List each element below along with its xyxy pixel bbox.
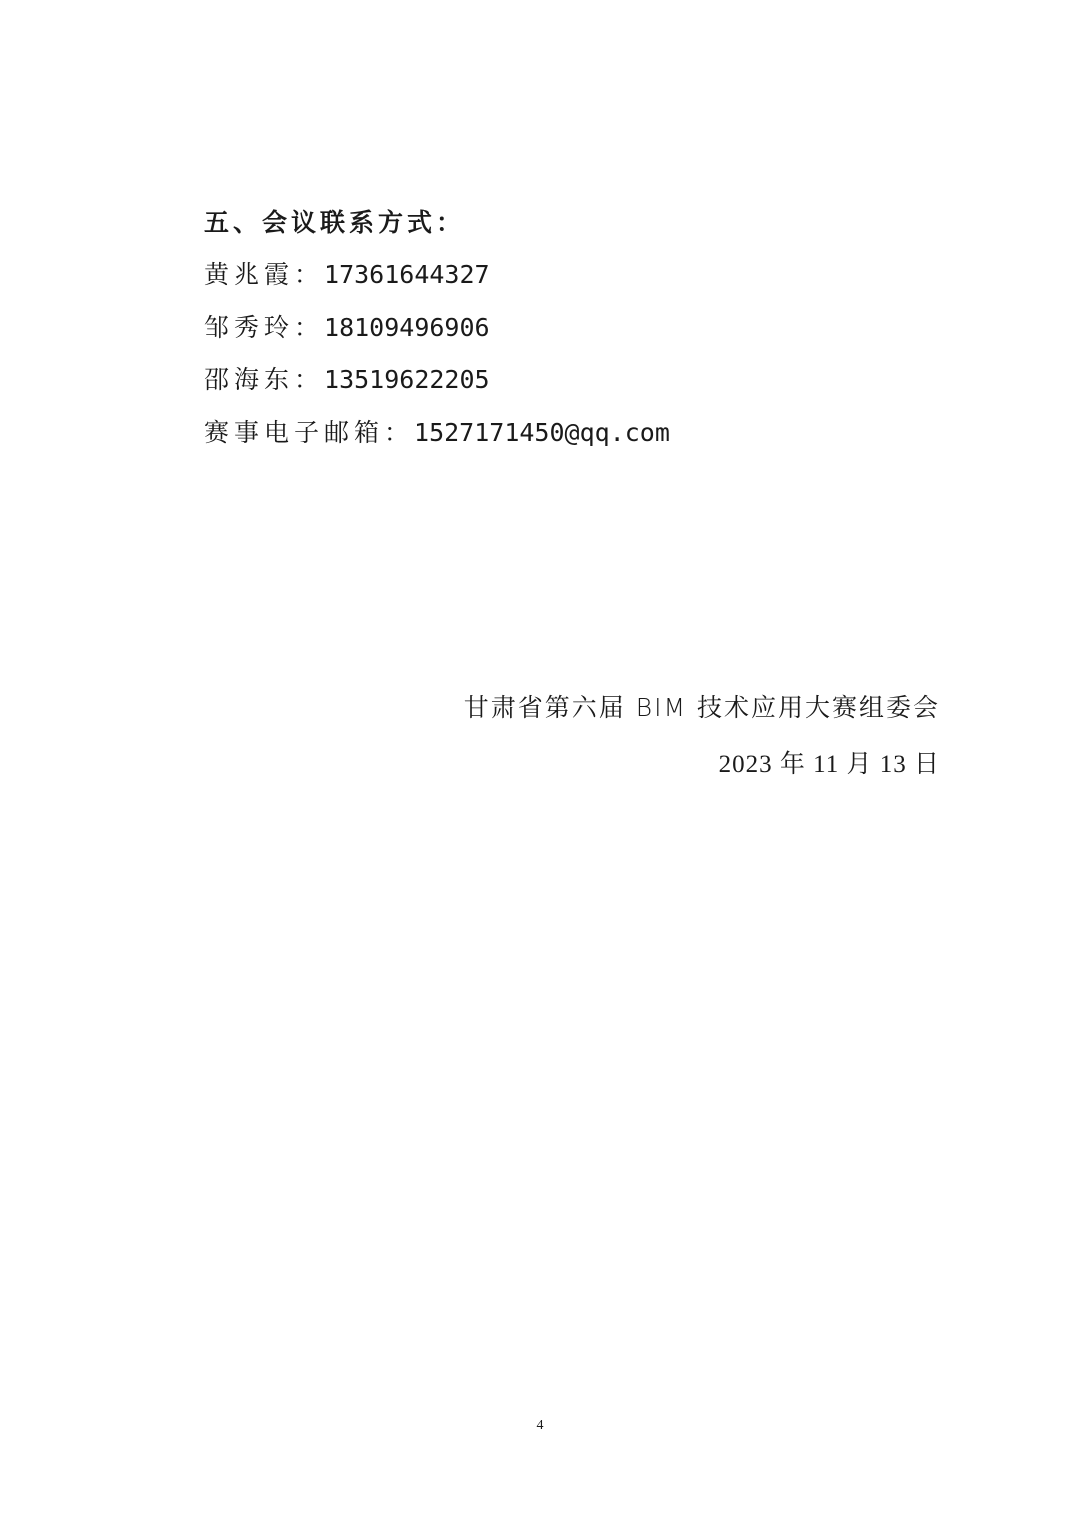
contact-line: 赛事电子邮箱：1527171450@qq.com — [204, 415, 670, 451]
page-number: 4 — [0, 1418, 1080, 1434]
contact-name: 黄兆霞： — [204, 260, 324, 289]
section-heading: 五、会议联系方式： — [204, 205, 465, 241]
contact-email: 1527171450@qq.com — [414, 418, 670, 447]
contact-name: 邵海东： — [204, 365, 324, 394]
signature-organization: 甘肃省第六届 BIM 技术应用大赛组委会 — [464, 690, 940, 726]
contact-phone: 13519622205 — [324, 365, 490, 394]
contact-phone: 17361644327 — [324, 260, 490, 289]
signature-date: 2023 年 11 月 13 日 — [719, 747, 940, 783]
contact-phone: 18109496906 — [324, 313, 490, 342]
contact-line: 邹秀玲：18109496906 — [204, 310, 490, 346]
contact-name: 邹秀玲： — [204, 313, 324, 342]
email-label: 赛事电子邮箱： — [204, 418, 414, 447]
contact-line: 黄兆霞：17361644327 — [204, 257, 490, 293]
contact-line: 邵海东：13519622205 — [204, 362, 490, 398]
